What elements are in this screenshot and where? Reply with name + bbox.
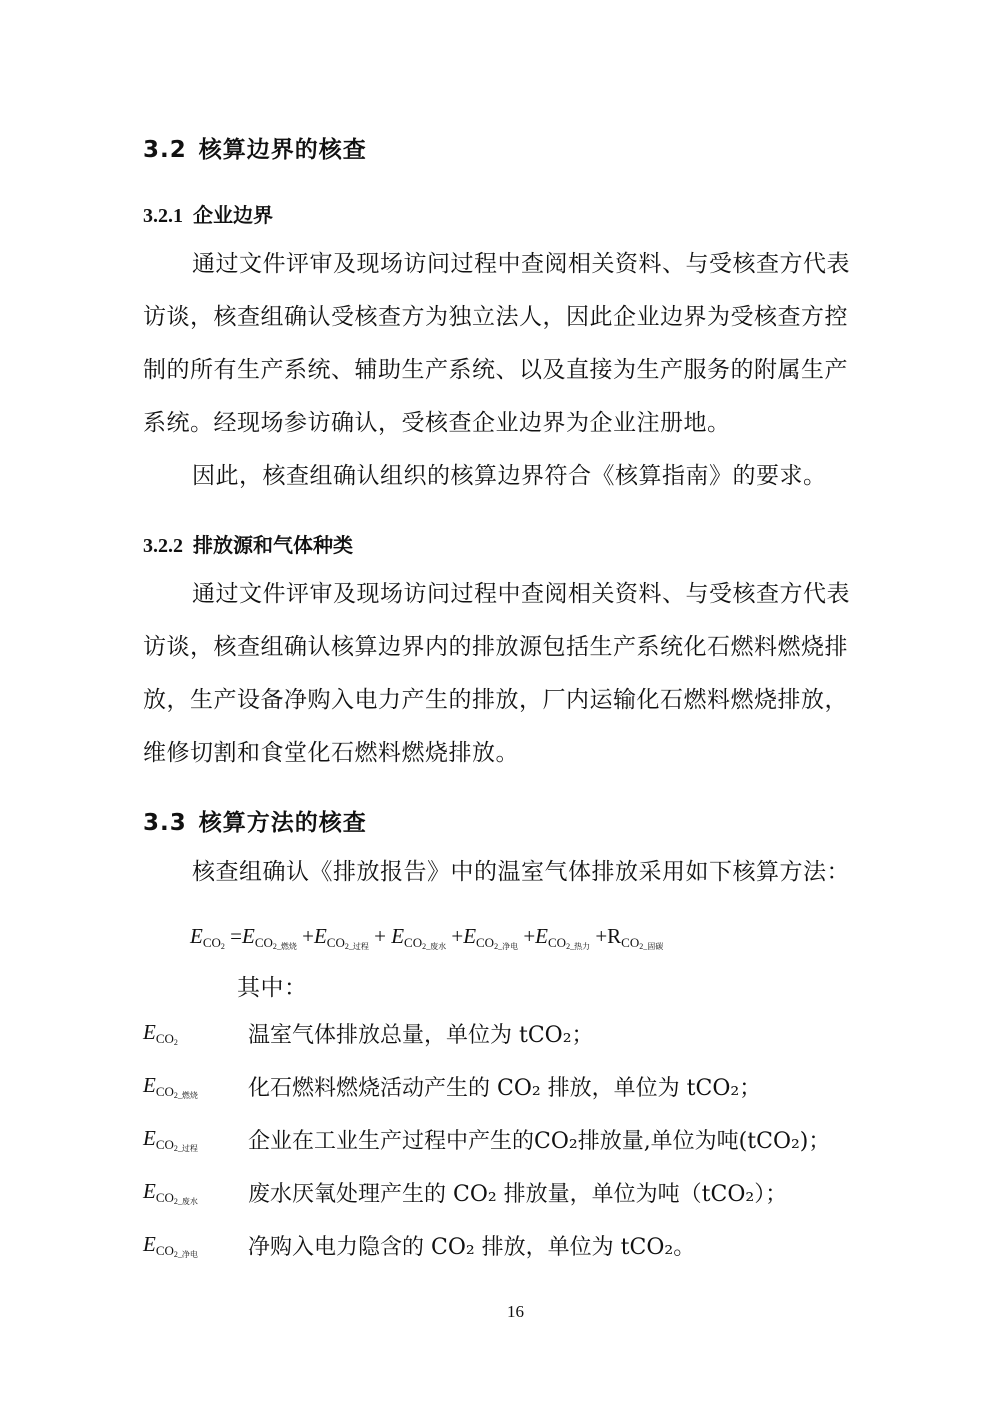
def-tag: _废水 [178,1197,198,1206]
formula-subscript: CO [404,935,422,950]
paragraph-line: 通过文件评审及现场访问过程中查阅相关资料、与受核查方代表 [192,238,850,291]
definition-text: 净购入电力隐含的 CO₂ 排放，单位为 tCO₂。 [248,1230,695,1261]
formula-tag: _燃烧 [277,942,297,951]
formula-symbol: E [535,924,548,948]
section-title: 核算方法的核查 [199,810,367,836]
def-sub: CO [156,1190,174,1205]
formula-operator: + [451,924,463,948]
paragraph-line: 通过文件评审及现场访问过程中查阅相关资料、与受核查方代表 [192,568,850,621]
subsection-number: 3.2.1 [143,205,183,227]
def-sym: E [143,1232,156,1256]
paragraph-line: 制的所有生产系统、辅助生产系统、以及直接为生产服务的附属生产 [143,344,848,397]
subsection-heading-3-2-2: 3.2.2排放源和气体种类 [143,529,353,558]
definition-text: 温室气体排放总量，单位为 tCO₂； [248,1018,594,1049]
section-heading-3-2: 3.2核算边界的核查 [143,131,367,164]
formula-tag: _固碳 [643,942,663,951]
definition-text: 企业在工业生产过程中产生的CO₂排放量,单位为吨(tCO₂)； [248,1124,830,1155]
definition-symbol: ECO2 [143,1020,178,1047]
paragraph-line: 系统。经现场参访确认，受核查企业边界为企业注册地。 [143,397,731,450]
paragraph-line: 访谈，核查组确认受核查方为独立法人，因此企业边界为受核查方控 [143,291,848,344]
method-intro: 核查组确认《排放报告》中的温室气体排放采用如下核算方法： [192,846,850,899]
formula-operator: + [595,924,607,948]
paragraph-line: 维修切割和食堂化石燃料燃烧排放。 [143,727,519,780]
def-sub: CO [156,1031,174,1046]
definition-symbol: ECO2_净电 [143,1232,198,1260]
subsection-title: 排放源和气体种类 [193,533,353,557]
section-title: 核算边界的核查 [199,137,367,163]
formula-operator: + [302,924,314,948]
def-sub: CO [156,1084,174,1099]
def-sym: E [143,1073,156,1097]
paragraph-line: 访谈，核查组确认核算边界内的排放源包括生产系统化石燃料燃烧排 [143,621,848,674]
formula-subscript: CO [548,935,566,950]
def-tag: _燃烧 [178,1091,198,1100]
subsection-number: 3.2.2 [143,535,183,557]
formula-tag: _热力 [570,942,590,951]
paragraph-line: 放，生产设备净购入电力产生的排放，厂内运输化石燃料燃烧排放， [143,674,848,727]
formula-operator: + [523,924,535,948]
definition-text: 化石燃料燃烧活动产生的 CO₂ 排放，单位为 tCO₂； [248,1071,761,1102]
page-number: 16 [507,1302,524,1322]
formula-tag: _废水 [426,942,446,951]
formula-symbol: E [463,924,476,948]
section-number: 3.2 [143,137,187,163]
def-sub: CO [156,1243,174,1258]
def-sym: E [143,1179,156,1203]
section-number: 3.3 [143,810,187,836]
definition-text: 废水厌氧处理产生的 CO₂ 排放量，单位为吨（tCO₂）； [248,1177,787,1208]
definition-symbol: ECO2_过程 [143,1126,198,1154]
formula-subscript: CO [476,935,494,950]
definition-symbol: ECO2_废水 [143,1179,198,1207]
def-tag: _净电 [178,1250,198,1259]
formula-subscript: CO [203,935,221,950]
formula-subscript: CO [621,935,639,950]
formula-symbol: E [391,924,404,948]
document-page: 3.2核算边界的核查 3.2.1企业边界 通过文件评审及现场访问过程中查阅相关资… [0,0,1000,1415]
def-sub2: 2 [174,1038,178,1047]
def-sym: E [143,1126,156,1150]
emission-formula: ECO2 =ECO2_燃烧 +ECO2_过程 + ECO2_废水 +ECO2_净… [190,924,663,952]
formula-tag: _过程 [349,942,369,951]
where-label: 其中： [237,962,308,1015]
formula-symbol: E [314,924,327,948]
definition-symbol: ECO2_燃烧 [143,1073,198,1101]
paragraph-line: 因此，核查组确认组织的核算边界符合《核算指南》的要求。 [192,450,827,503]
formula-subscript-2: 2 [221,942,225,951]
formula-tag: _净电 [498,942,518,951]
formula-symbol: R [607,924,621,948]
def-tag: _过程 [178,1144,198,1153]
formula-symbol: E [190,924,203,948]
subsection-heading-3-2-1: 3.2.1企业边界 [143,199,273,228]
formula-symbol: E [242,924,255,948]
formula-subscript: CO [255,935,273,950]
formula-operator: + [374,924,391,948]
def-sym: E [143,1020,156,1044]
section-heading-3-3: 3.3核算方法的核查 [143,804,367,837]
def-sub: CO [156,1137,174,1152]
formula-subscript: CO [327,935,345,950]
subsection-title: 企业边界 [193,203,273,227]
formula-operator: = [230,924,242,948]
